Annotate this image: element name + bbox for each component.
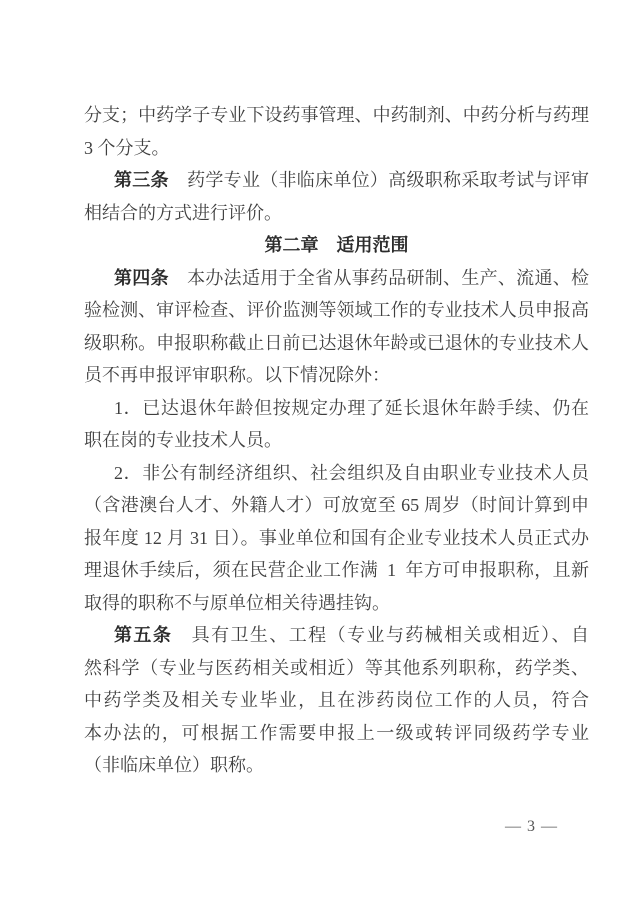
paragraph: 第三条 药学专业（非临床单位）高级职称采取考试与评审 相结合的方式进行评价。 [84, 164, 589, 229]
text-line: 然科学（专业与医药相关或相近）等其他系列职称，药学类、 [84, 652, 589, 685]
text-line: 第三条 药学专业（非临床单位）高级职称采取考试与评审 [84, 164, 589, 197]
paragraph: 第四条 本办法适用于全省从事药品研制、生产、流通、检 验检测、审评检查、评价监测… [84, 262, 589, 392]
document-body: 分支；中药学子专业下设药事管理、中药制剂、中药分析与药理 3 个分支。 第三条 … [84, 99, 589, 782]
paragraph: 分支；中药学子专业下设药事管理、中药制剂、中药分析与药理 3 个分支。 [84, 99, 589, 164]
text-line: 员不再申报评审职称。以下情况除外： [84, 359, 589, 392]
document-page: 分支；中药学子专业下设药事管理、中药制剂、中药分析与药理 3 个分支。 第三条 … [0, 0, 640, 905]
text-line: 验检测、审评检查、评价监测等领域工作的专业技术人员申报高 [84, 294, 589, 327]
paragraph: 第二章 适用范围 [84, 229, 589, 262]
chapter-heading: 第二章 适用范围 [84, 229, 589, 262]
article-number-label: 第五条 [114, 625, 192, 645]
text-line: 职在岗的专业技术人员。 [84, 424, 589, 457]
page-number: — 3 — [505, 817, 558, 837]
text-line: 2．非公有制经济组织、社会组织及自由职业专业技术人员 [84, 457, 589, 490]
text-line: （非临床单位）职称。 [84, 749, 589, 782]
text-line: 级职称。申报职称截止日前已达退休年龄或已退休的专业技术人 [84, 327, 589, 360]
paragraph: 第五条 具有卫生、工程（专业与药械相关或相近）、自 然科学（专业与医药相关或相近… [84, 619, 589, 782]
text-line-content: 具有卫生、工程（专业与药械相关或相近）、自 [192, 625, 589, 645]
paragraph: 1．已达退休年龄但按规定办理了延长退休年龄手续、仍在 职在岗的专业技术人员。 [84, 392, 589, 457]
text-line: 第四条 本办法适用于全省从事药品研制、生产、流通、检 [84, 262, 589, 295]
text-line: 第五条 具有卫生、工程（专业与药械相关或相近）、自 [84, 619, 589, 652]
text-line: 分支；中药学子专业下设药事管理、中药制剂、中药分析与药理 [84, 99, 589, 132]
text-line-content: 药学专业（非临床单位）高级职称采取考试与评审 [187, 170, 589, 190]
text-line: 相结合的方式进行评价。 [84, 197, 589, 230]
text-line-content: 本办法适用于全省从事药品研制、生产、流通、检 [187, 268, 589, 288]
paragraph: 2．非公有制经济组织、社会组织及自由职业专业技术人员 （含港澳台人才、外籍人才）… [84, 457, 589, 620]
text-line: 3 个分支。 [84, 132, 589, 165]
article-number-label: 第四条 [114, 268, 187, 288]
text-line: 本办法的，可根据工作需要申报上一级或转评同级药学专业 [84, 717, 589, 750]
text-line: 中药学类及相关专业毕业，且在涉药岗位工作的人员，符合 [84, 684, 589, 717]
article-number-label: 第三条 [114, 170, 187, 190]
text-line: 理退休手续后，须在民营企业工作满 1 年方可申报职称，且新 [84, 554, 589, 587]
text-line: 报年度 12 月 31 日）。事业单位和国有企业专业技术人员正式办 [84, 522, 589, 555]
text-line: 1．已达退休年龄但按规定办理了延长退休年龄手续、仍在 [84, 392, 589, 425]
text-line: 取得的职称不与原单位相关待遇挂钩。 [84, 587, 589, 620]
text-line: （含港澳台人才、外籍人才）可放宽至 65 周岁（时间计算到申 [84, 489, 589, 522]
